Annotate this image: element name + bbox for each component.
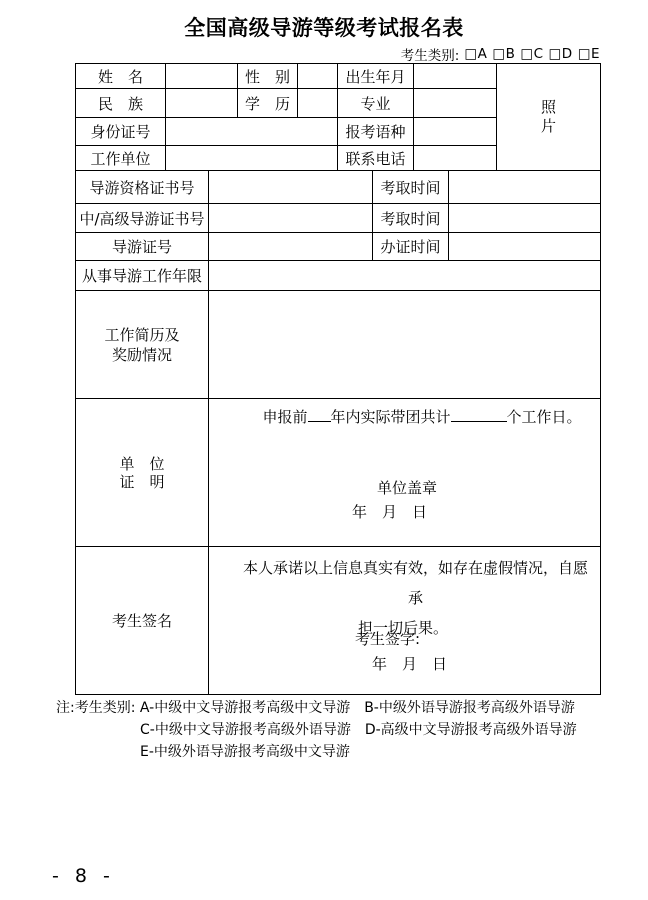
- candidate-sign-here-label: 考生签字:: [355, 628, 420, 649]
- guide-qualification-number-label: 导游资格证书号: [76, 171, 209, 204]
- registration-form-page: 全国高级导游等级考试报名表 考生类别: □A □B □C □D □E 姓 名 性…: [0, 0, 648, 900]
- years-blank-field[interactable]: [308, 407, 331, 422]
- category-checkbox-c[interactable]: □C: [520, 46, 543, 62]
- unit-certificate-label: 单 位 证 明: [76, 399, 209, 547]
- form-title: 全国高级导游等级考试报名表: [0, 12, 648, 42]
- phone-value-cell[interactable]: [414, 146, 497, 171]
- gender-value-cell[interactable]: [298, 64, 338, 89]
- work-unit-value-cell[interactable]: [166, 146, 338, 171]
- category-checkbox-b[interactable]: □B: [492, 46, 515, 62]
- footnote-line1: 注:考生类别: A-中级中文导游报考高级中文导游 B-中级外语导游报考高级外语导…: [56, 697, 577, 719]
- name-value-cell[interactable]: [166, 64, 238, 89]
- candidate-category-label: 考生类别:: [401, 44, 460, 64]
- signature-date-label: 年 月 日: [372, 653, 447, 674]
- guide-card-time-value-cell[interactable]: [449, 233, 601, 261]
- category-checkbox-a[interactable]: □A: [464, 46, 487, 62]
- id-number-value-cell[interactable]: [166, 118, 338, 146]
- mid-senior-cert-time-label: 考取时间: [373, 204, 449, 233]
- mid-senior-cert-time-value-cell[interactable]: [449, 204, 601, 233]
- guide-qualification-time-value-cell[interactable]: [449, 171, 601, 204]
- mid-senior-cert-number-label: 中/高级导游证书号: [76, 204, 209, 233]
- exam-language-label: 报考语种: [338, 118, 414, 146]
- sentence-prefix: 申报前: [262, 408, 307, 426]
- work-unit-label: 工作单位: [76, 146, 166, 171]
- id-number-label: 身份证号: [76, 118, 166, 146]
- unit-certificate-sentence: 申报前年内实际带团共计个工作日。: [248, 406, 596, 427]
- guide-card-time-label: 办证时间: [373, 233, 449, 261]
- candidate-category-row: 考生类别: □A □B □C □D □E: [401, 44, 600, 64]
- major-label: 专业: [338, 89, 414, 118]
- mid-senior-cert-number-value-cell[interactable]: [209, 204, 373, 233]
- work-history-label: 工作简历及 奖励情况: [76, 291, 209, 399]
- gender-label: 性 别: [238, 64, 298, 89]
- guide-card-number-value-cell[interactable]: [209, 233, 373, 261]
- workdays-blank-field[interactable]: [451, 407, 507, 422]
- photo-field[interactable]: 照 片: [497, 64, 601, 171]
- sentence-mid: 年内实际带团共计: [331, 408, 451, 426]
- work-history-value-cell[interactable]: [209, 291, 601, 399]
- name-label: 姓 名: [76, 64, 166, 89]
- candidate-signature-label: 考生签名: [76, 547, 209, 695]
- guide-card-number-label: 导游证号: [76, 233, 209, 261]
- ethnicity-value-cell[interactable]: [166, 89, 238, 118]
- birth-date-value-cell[interactable]: [414, 64, 497, 89]
- guide-qualification-number-value-cell[interactable]: [209, 171, 373, 204]
- footnote-line2: C-中级中文导游报考高级外语导游 D-高级中文导游报考高级外语导游: [56, 719, 577, 741]
- unit-date-label: 年 月 日: [352, 501, 427, 522]
- unit-certificate-content-cell[interactable]: 申报前年内实际带团共计个工作日。 单位盖章 年 月 日: [209, 399, 601, 547]
- footnote-line3: E-中级外语导游报考高级中文导游: [56, 741, 577, 763]
- guide-qualification-time-label: 考取时间: [373, 171, 449, 204]
- sentence-suffix: 个工作日。: [507, 408, 582, 426]
- registration-table: 姓 名 性 别 出生年月 照 片 民 族 学 历 专业 身份证号 报考语种 工作…: [75, 63, 601, 695]
- phone-label: 联系电话: [338, 146, 414, 171]
- ethnicity-label: 民 族: [76, 89, 166, 118]
- candidate-signature-content-cell[interactable]: 本人承诺以上信息真实有效，如存在虚假情况，自愿承 担一切后果。 考生签字: 年 …: [209, 547, 601, 695]
- birth-date-label: 出生年月: [338, 64, 414, 89]
- education-value-cell[interactable]: [298, 89, 338, 118]
- page-number: - 8 -: [52, 865, 115, 887]
- unit-seal-label: 单位盖章: [377, 477, 437, 498]
- category-checkbox-d[interactable]: □D: [549, 46, 573, 62]
- commitment-statement-line1: 本人承诺以上信息真实有效，如存在虚假情况，自愿承: [214, 553, 592, 613]
- major-value-cell[interactable]: [414, 89, 497, 118]
- exam-language-value-cell[interactable]: [414, 118, 497, 146]
- education-label: 学 历: [238, 89, 298, 118]
- work-years-value-cell[interactable]: [209, 261, 601, 291]
- category-checkbox-e[interactable]: □E: [578, 46, 600, 62]
- footnote: 注:考生类别: A-中级中文导游报考高级中文导游 B-中级外语导游报考高级外语导…: [56, 697, 577, 763]
- work-years-label: 从事导游工作年限: [76, 261, 209, 291]
